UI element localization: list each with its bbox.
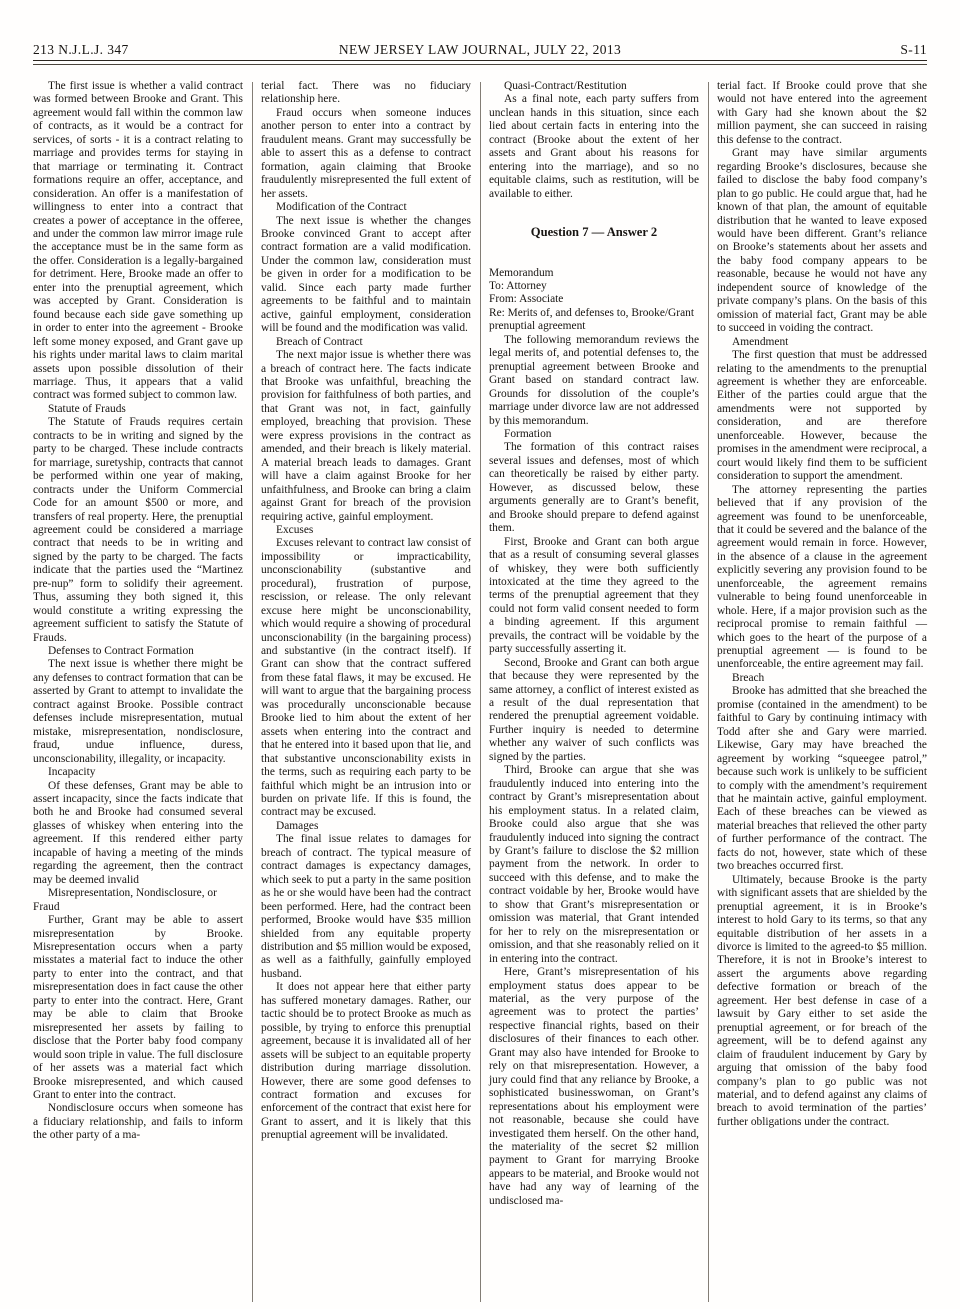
column-divider: [708, 82, 709, 1302]
paragraph: Fraud occurs when someone induces anothe…: [261, 107, 471, 201]
journal-title: NEW JERSEY LAW JOURNAL, JULY 22, 2013: [33, 42, 927, 58]
paragraph: The next major issue is whether there wa…: [261, 349, 471, 524]
paragraph: The formation of this contract raises se…: [489, 441, 699, 535]
section-heading: Excuses: [261, 524, 471, 537]
paragraph: Excuses relevant to contract law consist…: [261, 537, 471, 820]
section-heading: Incapacity: [33, 766, 243, 779]
paragraph: The next issue is whether the changes Br…: [261, 215, 471, 336]
memo-line: Memorandum: [489, 267, 699, 280]
section-heading: Misrepresentation, Nondisclosure, or Fra…: [33, 887, 243, 914]
paragraph-continued: terial fact. There was no fiduciary rela…: [261, 80, 471, 107]
section-heading: Defenses to Contract Formation: [33, 645, 243, 658]
column-2: terial fact. There was no fiduciary rela…: [261, 80, 471, 1302]
paragraph: The next issue is whether there might be…: [33, 658, 243, 766]
paragraph-continued: terial fact. If Brooke could prove that …: [717, 80, 927, 147]
paragraph: The Statute of Frauds requires certain c…: [33, 416, 243, 645]
paragraph: Ultimately, because Brooke is the party …: [717, 874, 927, 1130]
column-4: terial fact. If Brooke could prove that …: [717, 80, 927, 1302]
paragraph: Brooke has admitted that she breached th…: [717, 685, 927, 873]
section-heading: Statute of Frauds: [33, 403, 243, 416]
column-divider: [480, 82, 481, 1302]
paragraph: Third, Brooke can argue that she was fra…: [489, 764, 699, 966]
section-heading: Modification of the Contract: [261, 201, 471, 214]
paragraph: The following memorandum reviews the leg…: [489, 334, 699, 428]
paragraph: Here, Grant’s misrepresentation of his e…: [489, 966, 699, 1208]
section-heading: Quasi-Contract/Restitution: [489, 80, 699, 93]
section-heading: Breach of Contract: [261, 336, 471, 349]
paragraph: Of these defenses, Grant may be able to …: [33, 780, 243, 888]
paragraph: The attorney representing the parties be…: [717, 484, 927, 672]
question-heading: Question 7 — Answer 2: [489, 226, 699, 239]
paragraph: Further, Grant may be able to assert mis…: [33, 914, 243, 1102]
section-heading: Damages: [261, 820, 471, 833]
memo-line: From: Associate: [489, 293, 699, 306]
section-heading: Formation: [489, 428, 699, 441]
paragraph: It does not appear here that either part…: [261, 981, 471, 1142]
paragraph: Grant may have similar arguments regardi…: [717, 147, 927, 335]
column-3: Quasi-Contract/RestitutionAs a final not…: [489, 80, 699, 1302]
paragraph: As a final note, each party suffers from…: [489, 93, 699, 201]
section-heading: Breach: [717, 672, 927, 685]
section-heading: Amendment: [717, 336, 927, 349]
paragraph: The final issue relates to damages for b…: [261, 833, 471, 981]
article-body: The first issue is whether a valid contr…: [33, 80, 927, 1302]
paragraph: Second, Brooke and Grant can both argue …: [489, 657, 699, 765]
memo-line: Re: Merits of, and defenses to, Brooke/G…: [489, 307, 699, 334]
journal-page: 213 N.J.L.J. 347 NEW JERSEY LAW JOURNAL,…: [0, 0, 960, 1309]
paragraph: First, Brooke and Grant can both argue t…: [489, 536, 699, 657]
paragraph: Nondisclosure occurs when someone has a …: [33, 1102, 243, 1142]
column-divider: [252, 82, 253, 1302]
memo-line: To: Attorney: [489, 280, 699, 293]
masthead-rule-bottom: [33, 64, 927, 65]
column-1: The first issue is whether a valid contr…: [33, 80, 243, 1302]
masthead-rule-top: [33, 60, 927, 61]
paragraph: The first question that must be addresse…: [717, 349, 927, 484]
masthead: 213 N.J.L.J. 347 NEW JERSEY LAW JOURNAL,…: [33, 42, 927, 58]
paragraph: The first issue is whether a valid contr…: [33, 80, 243, 403]
